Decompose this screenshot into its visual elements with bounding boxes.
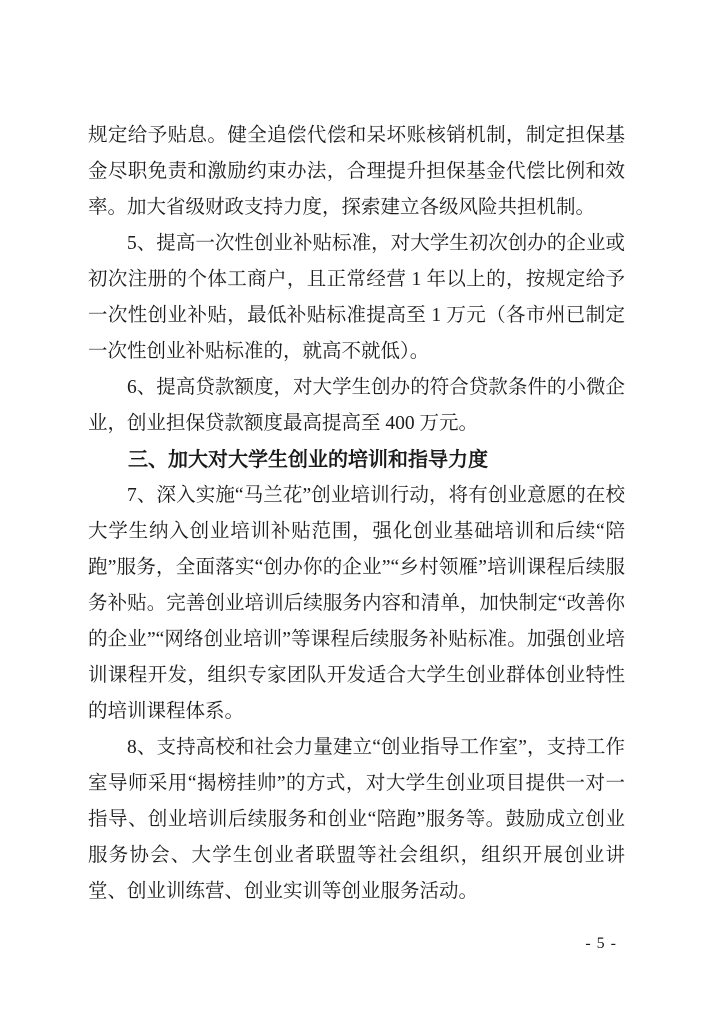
- section-heading-three: 三、加大对大学生创业的培训和指导力度: [88, 442, 625, 478]
- paragraph-item8-guidance-studio: 8、支持高校和社会力量建立“创业指导工作室”，支持工作室导师采用“揭榜挂帅”的方…: [88, 730, 625, 910]
- paragraph-item7-training-action: 7、深入实施“马兰花”创业培训行动，将有创业意愿的在校大学生纳入创业培训补贴范围…: [88, 478, 625, 730]
- document-page: 规定给予贴息。健全追偿代偿和呆坏账核销机制，制定担保基金尽职免责和激励约束办法，…: [0, 0, 709, 1009]
- paragraph-item6-loan-limit: 6、提高贷款额度，对大学生创办的符合贷款条件的小微企业，创业担保贷款额度最高提高…: [88, 370, 625, 442]
- paragraph-item5-one-time-subsidy: 5、提高一次性创业补贴标准，对大学生初次创办的企业或初次注册的个体工商户，且正常…: [88, 226, 625, 370]
- document-body: 规定给予贴息。健全追偿代偿和呆坏账核销机制，制定担保基金尽职免责和激励约束办法，…: [88, 118, 625, 962]
- page-number: - 5 -: [88, 926, 625, 962]
- paragraph-guarantee-fund-continued: 规定给予贴息。健全追偿代偿和呆坏账核销机制，制定担保基金尽职免责和激励约束办法，…: [88, 118, 625, 226]
